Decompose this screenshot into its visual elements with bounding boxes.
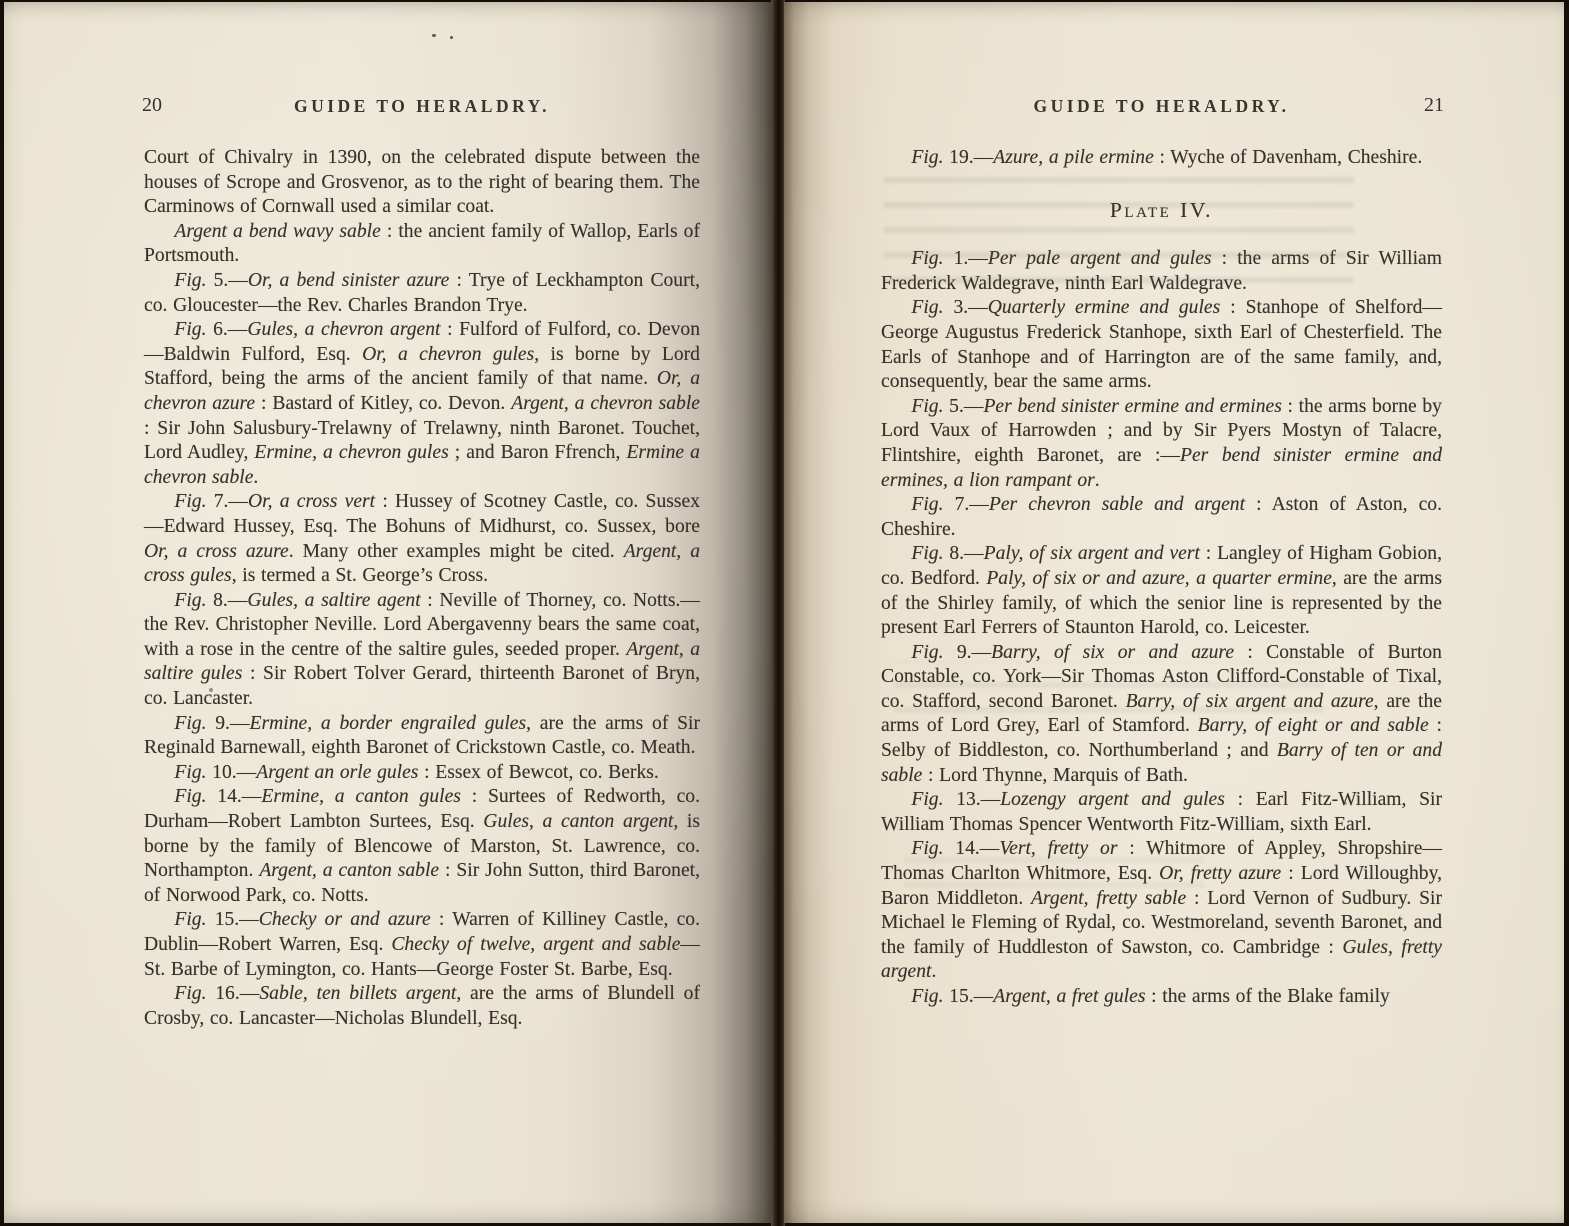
italic-text-run: Ermine, a canton gules [261, 786, 461, 807]
italic-text-run: Argent a bend wavy sable [174, 221, 380, 242]
text-run: . [253, 467, 258, 488]
italic-text-run: Fig. [174, 590, 206, 611]
italic-text-run: Or, a bend sinister azure [248, 270, 449, 291]
italic-text-run: Fig. [174, 762, 206, 783]
paper-speck [209, 688, 213, 692]
italic-text-run: Barry, of eight or and sable [1198, 715, 1429, 736]
left-running-title: GUIDE TO HERALDRY. [144, 96, 700, 117]
right-page-body: Fig. 19.—Azure, a pile ermine : Wyche of… [881, 146, 1442, 1010]
italic-text-run: Ermine, a border engrailed gules [250, 713, 527, 734]
paper-speck [450, 36, 453, 39]
paragraph: Fig. 7.—Or, a cross vert : Hussey of Sco… [144, 490, 700, 588]
paragraph: Fig. 9.—Ermine, a border engrailed gules… [144, 712, 700, 761]
paper-speck [432, 34, 436, 37]
italic-text-run: Gules, a saltire agent [247, 590, 420, 611]
right-running-title: GUIDE TO HERALDRY. [881, 96, 1442, 117]
italic-text-run: Per pale argent and gules [988, 248, 1212, 269]
paper-speck [1344, 802, 1347, 805]
text-run: 9.— [943, 642, 991, 663]
text-run: 14.— [943, 838, 999, 859]
italic-text-run: Fig. [174, 909, 206, 930]
text-run: . [1095, 470, 1100, 491]
text-run: 6.— [206, 319, 247, 340]
paragraph: Fig. 14.—Vert, fretty or : Whitmore of A… [881, 837, 1442, 985]
text-run: ; and Baron Ffrench, [449, 442, 627, 463]
paragraph: Fig. 7.—Per chevron sable and argent : A… [881, 493, 1442, 542]
italic-text-run: Fig. [174, 270, 206, 291]
italic-text-run: Fig. [911, 838, 943, 859]
text-run: 16.— [206, 983, 259, 1004]
paragraph: Fig. 8.—Paly, of six argent and vert : L… [881, 542, 1442, 640]
italic-text-run: Fig. [911, 396, 943, 417]
text-run: 13.— [943, 789, 1000, 810]
italic-text-run: Fig. [174, 713, 206, 734]
italic-text-run: Fig. [911, 147, 943, 168]
italic-text-run: Or, a cross vert [248, 491, 375, 512]
text-run: 8.— [206, 590, 247, 611]
italic-text-run: Or, fretty azure [1159, 863, 1281, 884]
italic-text-run: Azure, a pile ermine [993, 147, 1154, 168]
text-run: 15.— [943, 986, 993, 1007]
text-run: 1.— [943, 248, 987, 269]
text-run: : the arms of the Blake family [1145, 986, 1389, 1007]
left-page-body: Court of Chivalry in 1390, on the celebr… [144, 146, 700, 1031]
italic-text-run: Fig. [174, 786, 206, 807]
italic-text-run: Checky of twelve, argent and sable [391, 934, 680, 955]
italic-text-run: Argent, a fret gules [993, 986, 1145, 1007]
paragraph: Argent a bend wavy sable : the ancient f… [144, 220, 700, 269]
italic-text-run: Checky or and azure [259, 909, 431, 930]
text-run: : Lord Thynne, Marquis of Bath. [922, 765, 1188, 786]
paragraph: Fig. 10.—Argent an orle gules : Essex of… [144, 761, 700, 786]
text-run: 9.— [206, 713, 249, 734]
paragraph: Fig. 5.—Or, a bend sinister azure : Trye… [144, 269, 700, 318]
left-page: 20 GUIDE TO HERALDRY. Court of Chivalry … [4, 2, 773, 1223]
italic-text-run: Ermine, a chevron gules [254, 442, 448, 463]
paragraph: Fig. 13.—Lozengy argent and gules : Earl… [881, 788, 1442, 837]
italic-text-run: Argent, fretty sable [1031, 888, 1186, 909]
text-run: 5.— [943, 396, 983, 417]
text-run: : Essex of Bewcot, co. Berks. [418, 762, 658, 783]
italic-text-run: Fig. [911, 543, 943, 564]
italic-text-run: Sable, ten billets argent [259, 983, 456, 1004]
open-book-scan: 20 GUIDE TO HERALDRY. Court of Chivalry … [0, 0, 1569, 1226]
text-run: . [931, 961, 936, 982]
paragraph: Fig. 6.—Gules, a chevron argent : Fulfor… [144, 318, 700, 490]
italic-text-run: Vert, fretty or [999, 838, 1117, 859]
italic-text-run: Or, a chevron gules [362, 344, 534, 365]
right-page-number: 21 [1424, 94, 1444, 117]
italic-text-run: Fig. [174, 491, 206, 512]
italic-text-run: Fig. [174, 319, 206, 340]
italic-text-run: Argent, a canton sable [259, 860, 439, 881]
paragraph: Fig. 16.—Sable, ten billets argent, are … [144, 982, 700, 1031]
italic-text-run: Fig. [911, 297, 943, 318]
italic-text-run: Quarterly ermine and gules [988, 297, 1220, 318]
paragraph: Fig. 15.—Argent, a fret gules : the arms… [881, 985, 1442, 1010]
text-run: Court of Chivalry in 1390, on the celebr… [144, 147, 700, 217]
paragraph: Fig. 9.—Barry, of six or and azure : Con… [881, 641, 1442, 789]
italic-text-run: Lozengy argent and gules [1000, 789, 1225, 810]
text-run: 15.— [206, 909, 258, 930]
text-run: 3.— [943, 297, 987, 318]
italic-text-run: Per bend sinister ermine and ermines [983, 396, 1281, 417]
right-page: GUIDE TO HERALDRY. 21 Fig. 19.—Azure, a … [784, 2, 1564, 1223]
paragraph: Fig. 14.—Ermine, a canton gules : Surtee… [144, 785, 700, 908]
paragraph: Fig. 3.—Quarterly ermine and gules : Sta… [881, 296, 1442, 394]
paragraph: Fig. 1.—Per pale argent and gules : the … [881, 247, 1442, 296]
italic-text-run: Fig. [174, 983, 206, 1004]
italic-text-run: Or, a cross azure [144, 541, 289, 562]
italic-text-run: Gules, a canton argent [483, 811, 673, 832]
book-gutter [771, 0, 785, 1226]
italic-text-run: Argent an orle gules [256, 762, 418, 783]
paragraph: Court of Chivalry in 1390, on the celebr… [144, 146, 700, 220]
text-run: : Bastard of Kitley, co. Devon. [255, 393, 511, 414]
italic-text-run: Fig. [911, 986, 943, 1007]
italic-text-run: Per chevron sable and argent [989, 494, 1245, 515]
right-running-head: GUIDE TO HERALDRY. 21 [881, 96, 1442, 126]
text-run: : Wyche of Davenham, Cheshire. [1154, 147, 1422, 168]
italic-text-run: Argent, a chevron sable [511, 393, 700, 414]
paragraph: Fig. 5.—Per bend sinister ermine and erm… [881, 395, 1442, 493]
text-run: 8.— [943, 543, 983, 564]
italic-text-run: Barry, of six argent and azure [1126, 691, 1374, 712]
left-running-head: 20 GUIDE TO HERALDRY. [144, 96, 700, 126]
text-run: , is termed a St. George’s Cross. [232, 565, 488, 586]
italic-text-run: Paly, of six or and azure, a quarter erm… [986, 568, 1332, 589]
italic-text-run: Fig. [911, 494, 943, 515]
text-run: 10.— [206, 762, 256, 783]
paragraph: Fig. 19.—Azure, a pile ermine : Wyche of… [881, 146, 1442, 171]
italic-text-run: Gules, a chevron argent [247, 319, 440, 340]
text-run: 14.— [206, 786, 261, 807]
italic-text-run: Barry, of six or and azure [991, 642, 1234, 663]
italic-text-run: Fig. [911, 248, 943, 269]
text-run: . Many other examples might be cited. [289, 541, 624, 562]
italic-text-run: Paly, of six argent and vert [984, 543, 1200, 564]
italic-text-run: Fig. [911, 789, 943, 810]
text-run: 19.— [943, 147, 993, 168]
paragraph: Fig. 15.—Checky or and azure : Warren of… [144, 908, 700, 982]
text-run: 5.— [206, 270, 247, 291]
text-run: 7.— [943, 494, 988, 515]
text-run: 7.— [206, 491, 248, 512]
italic-text-run: Fig. [911, 642, 943, 663]
paragraph: Fig. 8.—Gules, a saltire agent : Neville… [144, 589, 700, 712]
section-heading: Plate IV. [881, 198, 1442, 223]
